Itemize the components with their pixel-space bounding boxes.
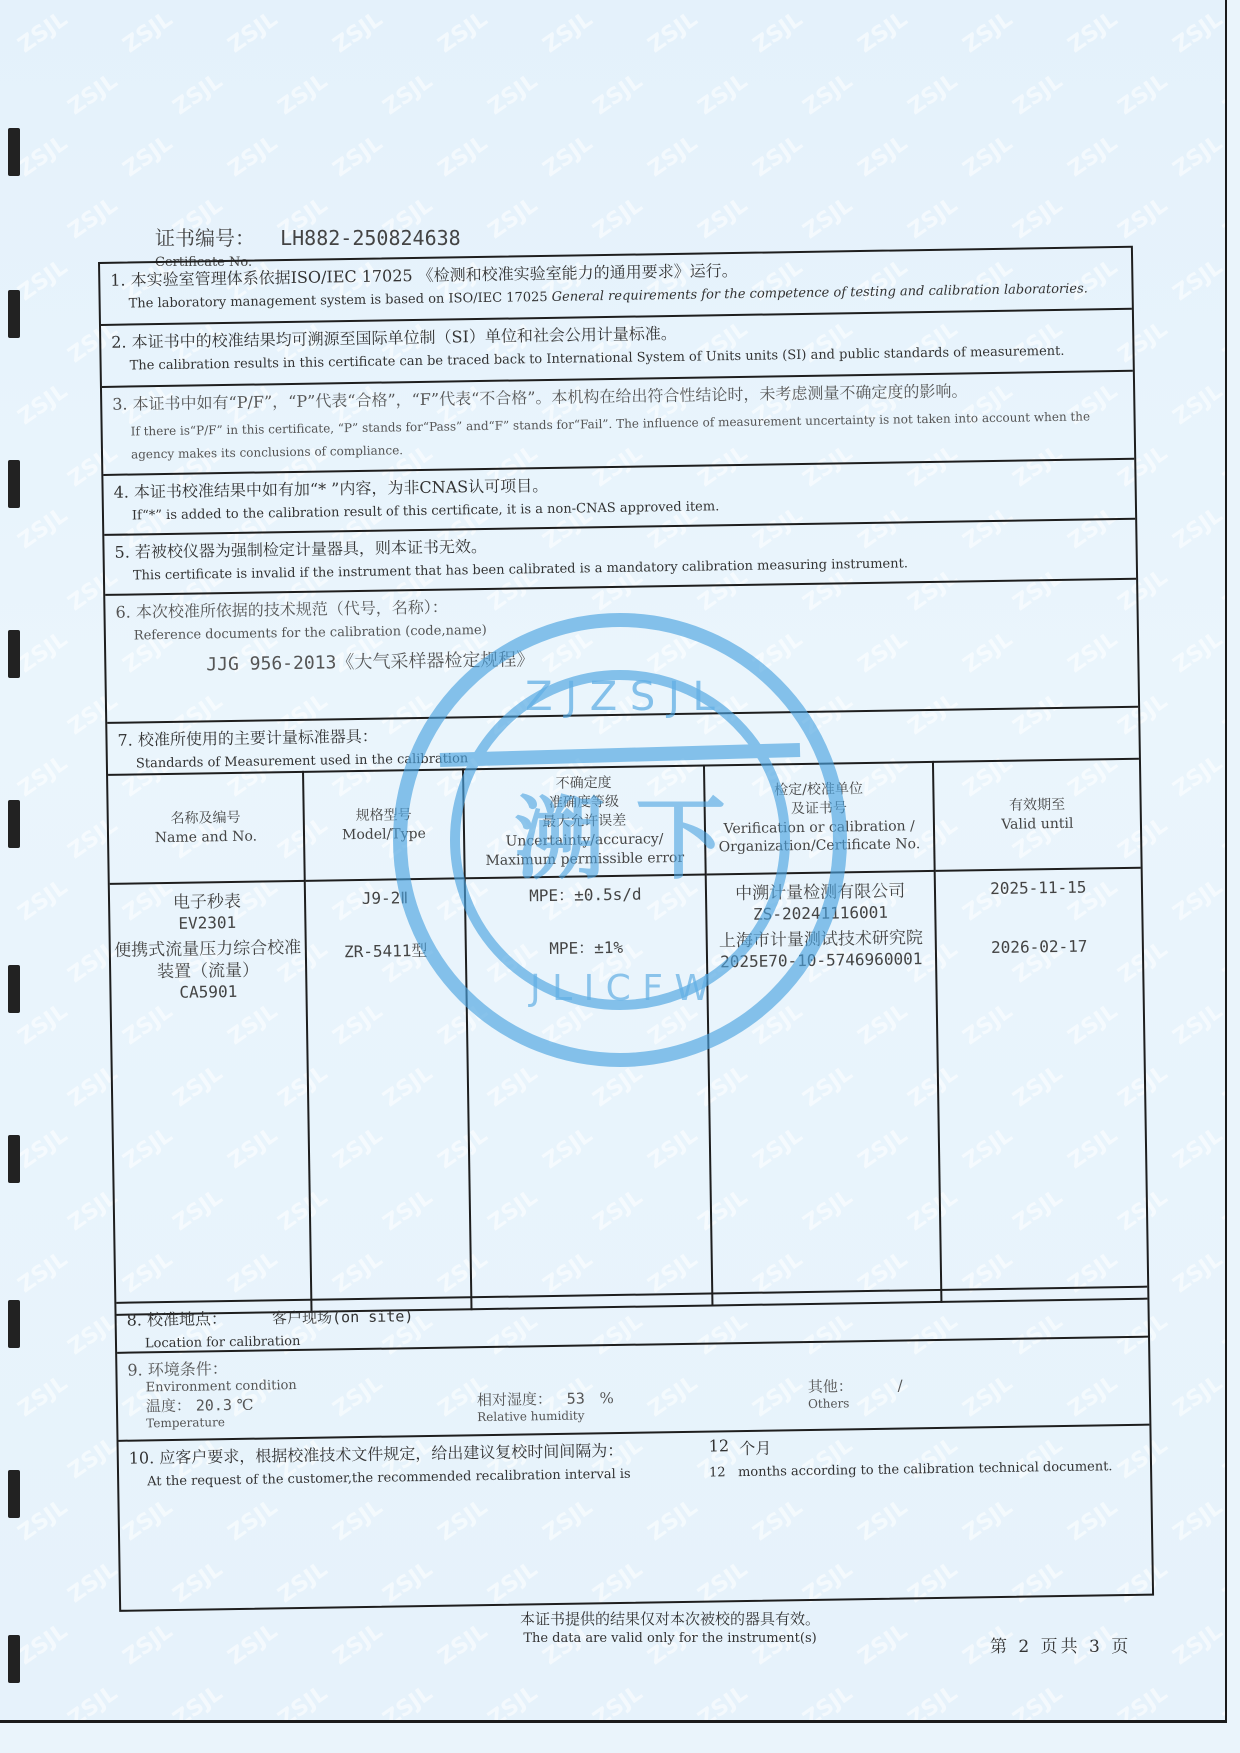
watermark-text: ZSJL: [1169, 999, 1225, 1050]
clause-number: 5.: [114, 543, 130, 562]
validity-note-en: The data are valid only for the instrume…: [520, 1631, 820, 1646]
watermark-text: ZSJL: [14, 1495, 73, 1546]
clause-text-zh: 本次校准所依据的技术规范（代号，名称）：: [136, 598, 448, 622]
table-row-entry: 电子秒表EV2301: [111, 890, 303, 936]
watermark-text: ZSJL: [1064, 131, 1123, 182]
clause-number: 6.: [115, 603, 131, 622]
watermark-text: ZSJL: [1169, 1371, 1225, 1422]
watermark-text: ZSJL: [14, 1371, 73, 1422]
humidity-value: 53: [567, 1389, 585, 1407]
watermark-text: ZSJL: [119, 131, 178, 182]
page-suffix: 页: [1111, 1637, 1131, 1657]
table-cell: 2025-11-152026-02-17: [934, 868, 1147, 1302]
clause-9-environment: 9. 环境条件： Environment condition 温度： 20.3 …: [117, 1338, 1149, 1442]
watermark-text: ZSJL: [904, 193, 963, 244]
watermark-text: ZSJL: [749, 7, 808, 58]
watermark-text: ZSJL: [1114, 193, 1173, 244]
watermark-text: ZSJL: [1169, 255, 1225, 306]
watermark-text: ZSJL: [1219, 565, 1225, 616]
table-cell: 电子秒表EV2301便携式流量压力综合校准装置（流量）CA5901: [110, 881, 311, 1315]
clause-number: 3.: [112, 395, 128, 414]
watermark-text: ZSJL: [64, 193, 123, 244]
validity-note: 本证书提供的结果仅对本次被校的器具有效。 The data are valid …: [520, 1608, 820, 1646]
clause-text-zh: 若被校仪器为强制检定计量器具，则本证书无效。: [135, 537, 487, 562]
watermark-text: ZSJL: [14, 379, 73, 430]
watermark-text: ZSJL: [64, 1557, 123, 1608]
table-row-entry: J9-2Ⅱ: [307, 887, 464, 910]
watermark-text: ZSJL: [484, 1681, 543, 1720]
watermark-text: ZSJL: [434, 131, 493, 182]
watermark-text: ZSJL: [589, 1681, 648, 1720]
clause-3: 3. 本证书中如有“P/F”，“P”代表“合格”，“F”代表“不合格”。本机构在…: [102, 372, 1134, 476]
table-header: 有效期至Valid until: [933, 759, 1141, 871]
validity-note-zh: 本证书提供的结果仅对本次被校的器具有效。: [520, 1608, 820, 1629]
watermark-text: ZSJL: [1169, 875, 1225, 926]
watermark-text: ZSJL: [694, 1681, 753, 1720]
watermark-text: ZSJL: [329, 131, 388, 182]
watermark-text: ZSJL: [1219, 689, 1225, 740]
table-row-entry: MPE：±0.5s/d: [467, 884, 704, 909]
clause-number: 4.: [113, 483, 129, 502]
table-header: 规格型号Model/Type: [303, 769, 465, 881]
certificate-page: ZSJLZSJLZSJLZSJLZSJLZSJLZSJLZSJLZSJLZSJL…: [0, 0, 1227, 1723]
watermark-text: ZSJL: [799, 69, 858, 120]
watermark-text: ZSJL: [1009, 193, 1068, 244]
table-row-entry: 2025-11-15: [937, 877, 1141, 901]
watermark-text: ZSJL: [1219, 317, 1225, 368]
location-label: 校准地点：: [147, 1309, 227, 1329]
clause-6-reference-docs: 6. 本次校准所依据的技术规范（代号，名称）： Reference docume…: [105, 580, 1138, 724]
watermark-text: ZSJL: [1169, 379, 1225, 430]
table-cell: J9-2ⅡZR-5411型: [304, 878, 471, 1311]
table-row-entry: ZR-5411型: [307, 940, 464, 963]
watermark-text: ZSJL: [1169, 627, 1225, 678]
page-prefix: 第: [990, 1637, 1010, 1657]
watermark-text: ZSJL: [904, 1681, 963, 1720]
watermark-text: ZSJL: [1219, 69, 1225, 120]
binding-hole: [8, 1635, 20, 1683]
table-header: 名称及编号Name and No.: [108, 772, 304, 884]
current-page: 2: [1018, 1637, 1032, 1657]
watermark-text: ZSJL: [484, 69, 543, 120]
clause-number: 2.: [111, 333, 127, 352]
table-row-entry: 2026-02-17: [937, 936, 1141, 960]
page-number: 第 2 页共 3 页: [990, 1632, 1131, 1657]
binding-hole: [8, 965, 20, 1013]
clause-text-zh: 本证书中的校准结果均可溯源至国际单位制（SI）单位和社会公用计量标准。: [131, 324, 677, 352]
clause-text-en-italic: General requirements for the competence …: [552, 281, 1088, 304]
watermark-text: ZSJL: [959, 7, 1018, 58]
clause-text-en: The laboratory management system is base…: [129, 290, 552, 312]
watermark-text: ZSJL: [749, 131, 808, 182]
watermark-text: ZSJL: [589, 193, 648, 244]
watermark-text: ZSJL: [224, 131, 283, 182]
watermark-text: ZSJL: [1169, 1123, 1225, 1174]
clause-number: 8.: [126, 1310, 142, 1329]
watermark-text: ZSJL: [694, 69, 753, 120]
interval-unit-en: months according to the calibration tech…: [738, 1459, 1113, 1480]
watermark-text: ZSJL: [1219, 1185, 1225, 1236]
watermark-text: ZSJL: [854, 7, 913, 58]
location-value: 客户现场(on site): [272, 1307, 414, 1327]
watermark-text: ZSJL: [119, 7, 178, 58]
watermark-text: ZSJL: [329, 7, 388, 58]
temperature-label: 温度：: [146, 1397, 191, 1416]
watermark-text: ZSJL: [14, 751, 73, 802]
humidity-unit: %: [599, 1389, 614, 1407]
others-value: /: [897, 1377, 902, 1395]
clause-number: 1.: [110, 271, 126, 290]
watermark-text: ZSJL: [539, 7, 598, 58]
watermark-text: ZSJL: [169, 1681, 228, 1720]
clause-text-zh: 本实验室管理体系依据ISO/IEC 17025 《检测和校准实验室能力的通用要求…: [130, 261, 737, 290]
watermark-text: ZSJL: [64, 1433, 123, 1484]
total-pages: 3: [1089, 1637, 1103, 1657]
watermark-text: ZSJL: [644, 131, 703, 182]
watermark-text: ZSJL: [1219, 193, 1225, 244]
watermark-text: ZSJL: [1114, 1681, 1173, 1720]
watermark-text: ZSJL: [14, 7, 73, 58]
watermark-text: ZSJL: [169, 69, 228, 120]
watermark-text: ZSJL: [274, 69, 333, 120]
watermark-text: ZSJL: [1219, 441, 1225, 492]
watermark-text: ZSJL: [224, 1619, 283, 1670]
watermark-text: ZSJL: [1219, 1681, 1225, 1720]
watermark-text: ZSJL: [14, 875, 73, 926]
watermark-text: ZSJL: [959, 131, 1018, 182]
standards-table: 名称及编号Name and No.规格型号Model/Type不确定度准确度等级…: [108, 758, 1147, 1316]
binding-hole: [8, 460, 20, 508]
interval-unit: 个月: [739, 1436, 771, 1460]
table-row-entry: 中溯计量检测有限公司ZS-20241116001: [707, 880, 933, 926]
watermark-text: ZSJL: [1009, 69, 1068, 120]
binding-hole: [8, 1300, 20, 1348]
watermark-text: ZSJL: [539, 131, 598, 182]
watermark-text: ZSJL: [1219, 1433, 1225, 1484]
clause-number: 7.: [117, 731, 133, 750]
binding-hole: [8, 290, 20, 338]
clause-text-en: If there is“P/F” in this certificate, “P…: [112, 405, 1124, 466]
watermark-text: ZSJL: [1169, 131, 1225, 182]
watermark-text: ZSJL: [854, 131, 913, 182]
watermark-text: ZSJL: [14, 1123, 73, 1174]
watermark-text: ZSJL: [1009, 1681, 1068, 1720]
certificate-number-value: LH882-250824638: [280, 226, 461, 250]
table-row-entry: 上海市计量测试技术研究院2025E70-10-5746960001: [708, 927, 934, 973]
watermark-text: ZSJL: [329, 1619, 388, 1670]
page-mid: 页共: [1041, 1637, 1081, 1657]
watermark-text: ZSJL: [694, 193, 753, 244]
watermark-text: ZSJL: [379, 69, 438, 120]
watermark-text: ZSJL: [1169, 1495, 1225, 1546]
watermark-text: ZSJL: [904, 69, 963, 120]
humidity-label: 相对湿度：: [477, 1390, 552, 1409]
table-cell: MPE：±0.5s/dMPE：±1%: [465, 875, 712, 1310]
watermark-text: ZSJL: [644, 7, 703, 58]
temperature-unit: ℃: [237, 1396, 254, 1414]
watermark-text: ZSJL: [799, 1681, 858, 1720]
watermark-text: ZSJL: [14, 627, 73, 678]
watermark-text: ZSJL: [274, 1681, 333, 1720]
watermark-text: ZSJL: [14, 1247, 73, 1298]
watermark-text: ZSJL: [14, 999, 73, 1050]
interval-label-en: At the request of the customer,the recom…: [147, 1466, 709, 1490]
watermark-text: ZSJL: [589, 69, 648, 120]
binding-hole: [8, 630, 20, 678]
clause-number: 9.: [127, 1360, 143, 1379]
binding-hole: [8, 128, 20, 176]
watermark-text: ZSJL: [1114, 69, 1173, 120]
reference-document: JJG 956-2013《大气采样器检定规程》: [116, 636, 1127, 678]
watermark-text: ZSJL: [379, 1681, 438, 1720]
clauses-frame: 1. 本实验室管理体系依据ISO/IEC 17025 《检测和校准实验室能力的通…: [98, 246, 1154, 1612]
watermark-text: ZSJL: [1064, 7, 1123, 58]
watermark-text: ZSJL: [14, 131, 73, 182]
watermark-text: ZSJL: [1169, 1619, 1225, 1670]
watermark-text: ZSJL: [434, 7, 493, 58]
watermark-text: ZSJL: [1219, 1557, 1225, 1608]
binding-hole: [8, 1470, 20, 1518]
watermark-text: ZSJL: [119, 1619, 178, 1670]
watermark-text: ZSJL: [14, 255, 73, 306]
watermark-text: ZSJL: [799, 193, 858, 244]
clause-number: 10.: [129, 1448, 155, 1467]
table-row-entry: MPE：±1%: [468, 936, 705, 961]
others-label: 其他：: [808, 1377, 853, 1396]
certificate-label: 证书编号：: [155, 226, 255, 250]
watermark-text: ZSJL: [14, 503, 73, 554]
watermark-text: ZSJL: [1219, 813, 1225, 864]
watermark-text: ZSJL: [1219, 1309, 1225, 1360]
watermark-text: ZSJL: [64, 1681, 123, 1720]
binding-hole: [8, 800, 20, 848]
watermark-text: ZSJL: [1169, 1247, 1225, 1298]
watermark-text: ZSJL: [484, 193, 543, 244]
watermark-text: ZSJL: [1169, 7, 1225, 58]
interval-value: 12: [709, 1436, 730, 1459]
temperature-value: 20.3: [196, 1396, 232, 1415]
watermark-text: ZSJL: [64, 69, 123, 120]
interval-label: 应客户要求，根据校准技术文件规定，给出建议复校时间间隔为：: [159, 1441, 623, 1467]
watermark-text: ZSJL: [224, 7, 283, 58]
table-row-entry: 便携式流量压力综合校准装置（流量）CA5901: [112, 937, 305, 1005]
watermark-text: ZSJL: [1219, 937, 1225, 988]
table-cell: 中溯计量检测有限公司ZS-20241116001上海市计量测试技术研究院2025…: [705, 871, 941, 1306]
watermark-text: ZSJL: [1169, 751, 1225, 802]
interval-value-en: 12: [709, 1465, 726, 1480]
watermark-text: ZSJL: [434, 1619, 493, 1670]
watermark-text: ZSJL: [14, 1619, 73, 1670]
watermark-text: ZSJL: [854, 1619, 913, 1670]
table-header: 检定/校准单位及证书号Verification or calibration /…: [704, 762, 935, 875]
environment-label: 环境条件：: [148, 1359, 228, 1379]
watermark-text: ZSJL: [1219, 1061, 1225, 1112]
binding-hole: [8, 1135, 20, 1183]
table-header: 不确定度准确度等级最大允许误差Uncertainty/accuracy/Maxi…: [463, 766, 705, 879]
clause-text-zh: 本证书校准结果中如有加“* ”内容，为非CNAS认可项目。: [134, 476, 548, 502]
clause-text-zh: 校准所使用的主要计量标准器具：: [138, 727, 378, 750]
watermark-text: ZSJL: [1169, 503, 1225, 554]
